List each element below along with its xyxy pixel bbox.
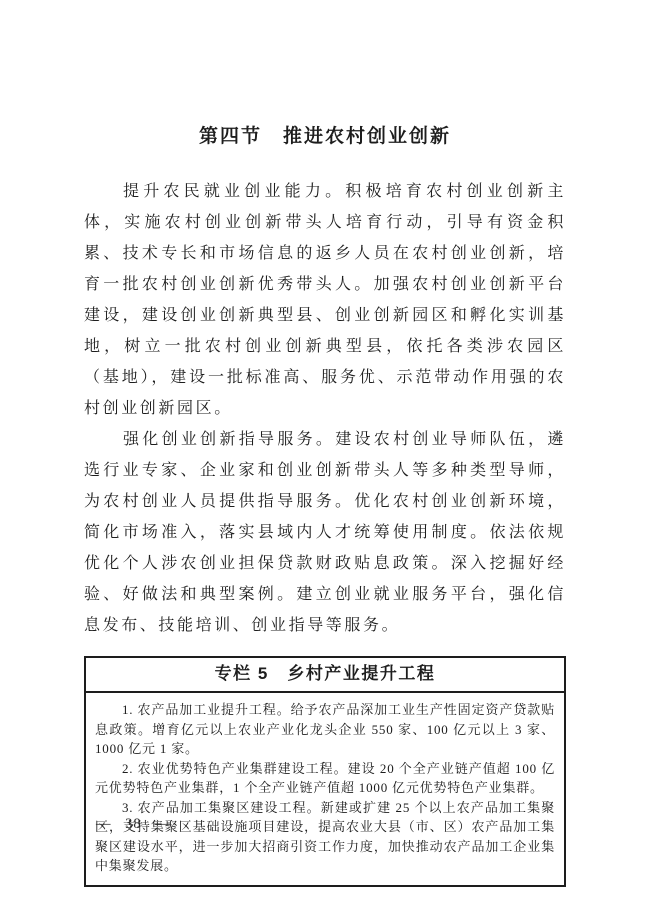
box-item-1: 1. 农产品加工业提升工程。给予农产品深加工业生产性固定资产贷款贴息政策。增育亿…: [95, 700, 555, 759]
body-paragraph-1: 提升农民就业创业能力。积极培育农村创业创新主体，实施农村创业创新带头人培育行动，…: [84, 176, 566, 424]
box-item-2: 2. 农业优势特色产业集群建设工程。建设 20 个全产业链产值超 100 亿元优…: [95, 759, 555, 798]
column-box-title: 专栏 5 乡村产业提升工程: [86, 658, 564, 693]
document-page: 第四节 推进农村创业创新 提升农民就业创业能力。积极培育农村创业创新主体，实施农…: [0, 0, 650, 919]
page-number: — 38 —: [96, 816, 171, 833]
column-box-body: 1. 农产品加工业提升工程。给予农产品深加工业生产性固定资产贷款贴息政策。增育亿…: [86, 693, 564, 885]
section-title: 第四节 推进农村创业创新: [84, 126, 566, 148]
body-paragraph-2: 强化创业创新指导服务。建设农村创业导师队伍，遴选行业专家、企业家和创业创新带头人…: [84, 424, 566, 641]
box-item-3: 3. 农产品加工集聚区建设工程。新建或扩建 25 个以上农产品加工集聚区，支持集…: [95, 798, 555, 876]
column-box: 专栏 5 乡村产业提升工程 1. 农产品加工业提升工程。给予农产品深加工业生产性…: [84, 656, 566, 887]
